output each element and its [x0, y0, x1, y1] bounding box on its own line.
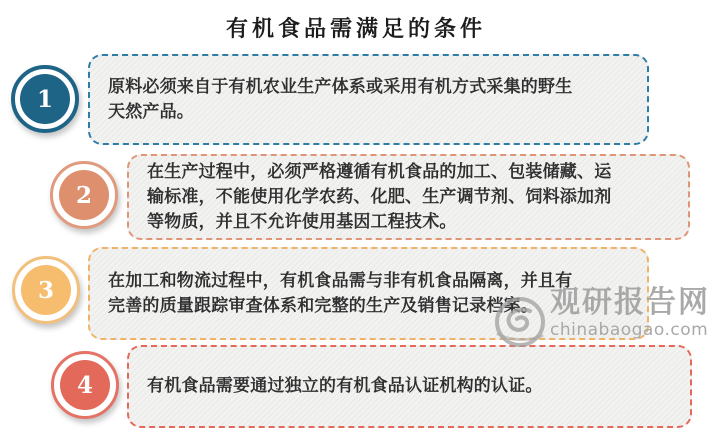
condition-box-2: 在生产过程中，必须严格遵循有机食品的加工、包装储藏、运输标准，不能使用化学农药、… — [127, 154, 690, 240]
number-badge-1-label: 1 — [20, 74, 70, 124]
number-badge-2: 2 — [50, 161, 118, 229]
condition-text-4: 有机食品需要通过独立的有机食品认证机构的认证。 — [147, 374, 543, 399]
number-badge-1: 1 — [11, 65, 79, 133]
number-badge-2-label: 2 — [59, 170, 109, 220]
condition-box-3: 在加工和物流过程中，有机食品需与非有机食品隔离，并且有完善的质量跟踪审查体系和完… — [88, 247, 649, 340]
infographic-canvas: 有机食品需满足的条件 1 原料必须来自于有机农业生产体系或采用有机方式采集的野生… — [0, 0, 712, 447]
number-badge-3-label: 3 — [21, 265, 71, 315]
condition-box-1: 原料必须来自于有机农业生产体系或采用有机方式采集的野生天然产品。 — [88, 54, 649, 145]
condition-text-1: 原料必须来自于有机农业生产体系或采用有机方式采集的野生天然产品。 — [108, 75, 584, 125]
page-title: 有机食品需满足的条件 — [0, 12, 712, 43]
number-badge-4-label: 4 — [60, 360, 110, 410]
condition-box-4: 有机食品需要通过独立的有机食品认证机构的认证。 — [127, 345, 692, 428]
condition-text-2: 在生产过程中，必须严格遵循有机食品的加工、包装储藏、运输标准，不能使用化学农药、… — [147, 160, 623, 235]
condition-text-3: 在加工和物流过程中，有机食品需与非有机食品隔离，并且有完善的质量跟踪审查体系和完… — [108, 269, 584, 319]
number-badge-4: 4 — [51, 351, 119, 419]
number-badge-3: 3 — [12, 256, 80, 324]
